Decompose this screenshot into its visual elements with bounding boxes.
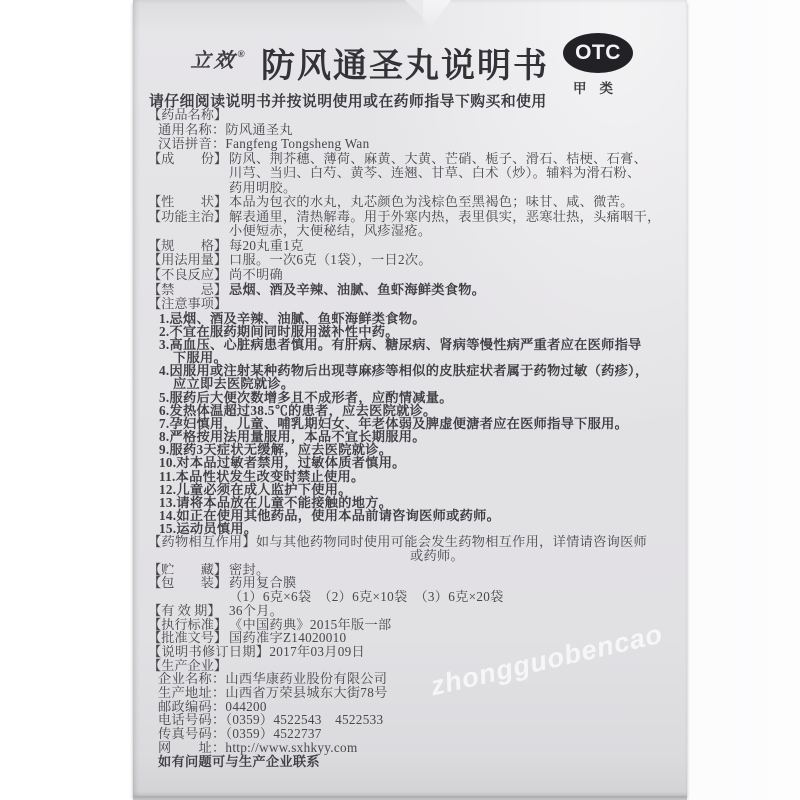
doc-line: （1）6克×6袋 （2）6克×10袋 （3）6克×20袋 — [148, 590, 683, 604]
doc-line: 汉语拼音：Fangfeng Tongsheng Wan — [148, 137, 683, 152]
section-label: 【说明书修订日期】 — [148, 645, 269, 659]
doc-line: 【药物相互作用】如与其他药物同时使用可能会发生药物相互作用，详情请咨询医师 — [148, 535, 683, 549]
line-text: 解表通里，清热解毒。用于外寒内热，表里俱实，恶寒壮热，头痛咽干， — [229, 209, 661, 224]
line-text: 小便短赤，大便秘结，风疹湿疮。 — [229, 223, 431, 238]
doc-line: 传真号码：（0359）4522737 — [148, 727, 683, 741]
line-text: 通用名称：防风通圣丸 — [158, 122, 293, 137]
section-label: 【药品名称】 — [148, 108, 229, 123]
doc-line: 【有 效 期】36个月。 — [148, 604, 683, 618]
line-text: 3.高血压、心脏病患者慎用。有肝病、糖尿病、肾病等慢性病严重者应在医师指导 — [159, 337, 642, 352]
section-label: 【不良反应】 — [148, 268, 229, 283]
doc-content: 【药品名称】通用名称：防风通圣丸汉语拼音：Fangfeng Tongsheng … — [148, 108, 683, 768]
doc-line: 川芎、当归、白芍、黄芩、连翘、甘草、白术（炒）。辅料为滑石粉、 — [148, 166, 683, 181]
brand-name: 立效 — [190, 50, 238, 72]
doc-line: 如有问题可与生产企业联系 — [148, 755, 683, 769]
doc-line: 企业名称：山西华康药业股份有限公司 — [148, 672, 683, 686]
doc-line: 【禁 忌】忌烟、酒及辛辣、油腻、鱼虾海鲜类食物。 — [148, 283, 683, 298]
paper-top-shade — [133, 0, 423, 32]
doc-line: 【用法用量】口服。一次6克（1袋），一日2次。 — [148, 253, 683, 268]
line-text: 防风、荆芥穗、薄荷、麻黄、大黄、芒硝、栀子、滑石、桔梗、石膏、 — [229, 151, 647, 166]
doc-line: 【不良反应】尚不明确 — [148, 268, 683, 283]
section-label: 【有 效 期】 — [148, 604, 229, 618]
line-text: 药用明胶。 — [229, 180, 296, 195]
doc-line: 网 址：http://www.sxhkyy.com — [148, 741, 683, 755]
doc-line: 【药品名称】 — [148, 108, 683, 123]
registered-mark: ® — [237, 49, 245, 60]
photo-frame: 立效® 防风通圣丸说明书 OTC 甲类 请仔细阅读说明书并按说明使用或在药师指导… — [0, 0, 800, 800]
otc-class-label: 甲类 — [573, 77, 626, 97]
section-label: 【批准文号】 — [148, 631, 229, 645]
otc-badge: OTC — [563, 33, 633, 73]
doc-line: 【性 状】本品为包衣的水丸，丸芯颜色为浅棕色至黑褐色；味甘、咸、微苦。 — [148, 195, 683, 210]
line-text: 本品为包衣的水丸，丸芯颜色为浅棕色至黑褐色；味甘、咸、微苦。 — [229, 194, 634, 209]
doc-line: 电话号码：（0359）4522543 4522533 — [148, 713, 683, 727]
section-label: 【功能主治】 — [148, 210, 229, 225]
line-text: 2017年03月09日 — [269, 644, 365, 659]
doc-line: 【说明书修订日期】2017年03月09日 — [148, 645, 683, 659]
section-label: 【性 状】 — [148, 195, 229, 210]
line-text: 每20丸重1克 — [229, 238, 304, 253]
doc-line: 【成 份】防风、荆芥穗、薄荷、麻黄、大黄、芒硝、栀子、滑石、桔梗、石膏、 — [148, 152, 683, 167]
doc-title: 防风通圣丸说明书 — [261, 38, 549, 87]
doc-line: 【注意事项】 — [148, 297, 683, 312]
doc-line: 通用名称：防风通圣丸 — [148, 123, 683, 138]
line-text: 或药师。 — [410, 548, 464, 563]
line-text: 如有问题可与生产企业联系 — [158, 754, 320, 769]
line-text: 忌烟、酒及辛辣、油腻、鱼虾海鲜类食物。 — [229, 282, 485, 297]
doc-line: 【批准文号】国药准字Z14020010 — [148, 631, 683, 645]
line-text: 川芎、当归、白芍、黄芩、连翘、甘草、白术（炒）。辅料为滑石粉、 — [229, 165, 641, 180]
section-label: 【用法用量】 — [148, 253, 229, 268]
otc-badge-label: OTC — [575, 41, 621, 65]
section-label: 【禁 忌】 — [148, 283, 229, 298]
line-text: 尚不明确 — [229, 267, 283, 282]
doc-line: 小便短赤，大便秘结，风疹湿疮。 — [148, 224, 683, 239]
line-text: 汉语拼音：Fangfeng Tongsheng Wan — [158, 136, 369, 151]
paper-bottom-shadow — [133, 796, 687, 800]
doc-line: 或药师。 — [148, 549, 683, 563]
line-text: 口服。一次6克（1袋），一日2次。 — [229, 252, 432, 267]
doc-line: 生产地址：山西省万荣县城东大街78号 — [148, 686, 683, 700]
section-label: 【注意事项】 — [148, 297, 229, 312]
section-label: 【药物相互作用】 — [148, 535, 256, 549]
doc-line: 3.高血压、心脏病患者慎用。有肝病、糖尿病、肾病等慢性病严重者应在医师指导 — [148, 338, 683, 351]
brand-logo: 立效® — [190, 44, 246, 73]
leaflet-paper: 立效® 防风通圣丸说明书 OTC 甲类 请仔细阅读说明书并按说明使用或在药师指导… — [133, 0, 687, 796]
section-label: 【包 装】 — [148, 576, 229, 590]
section-label: 【成 份】 — [148, 152, 229, 167]
